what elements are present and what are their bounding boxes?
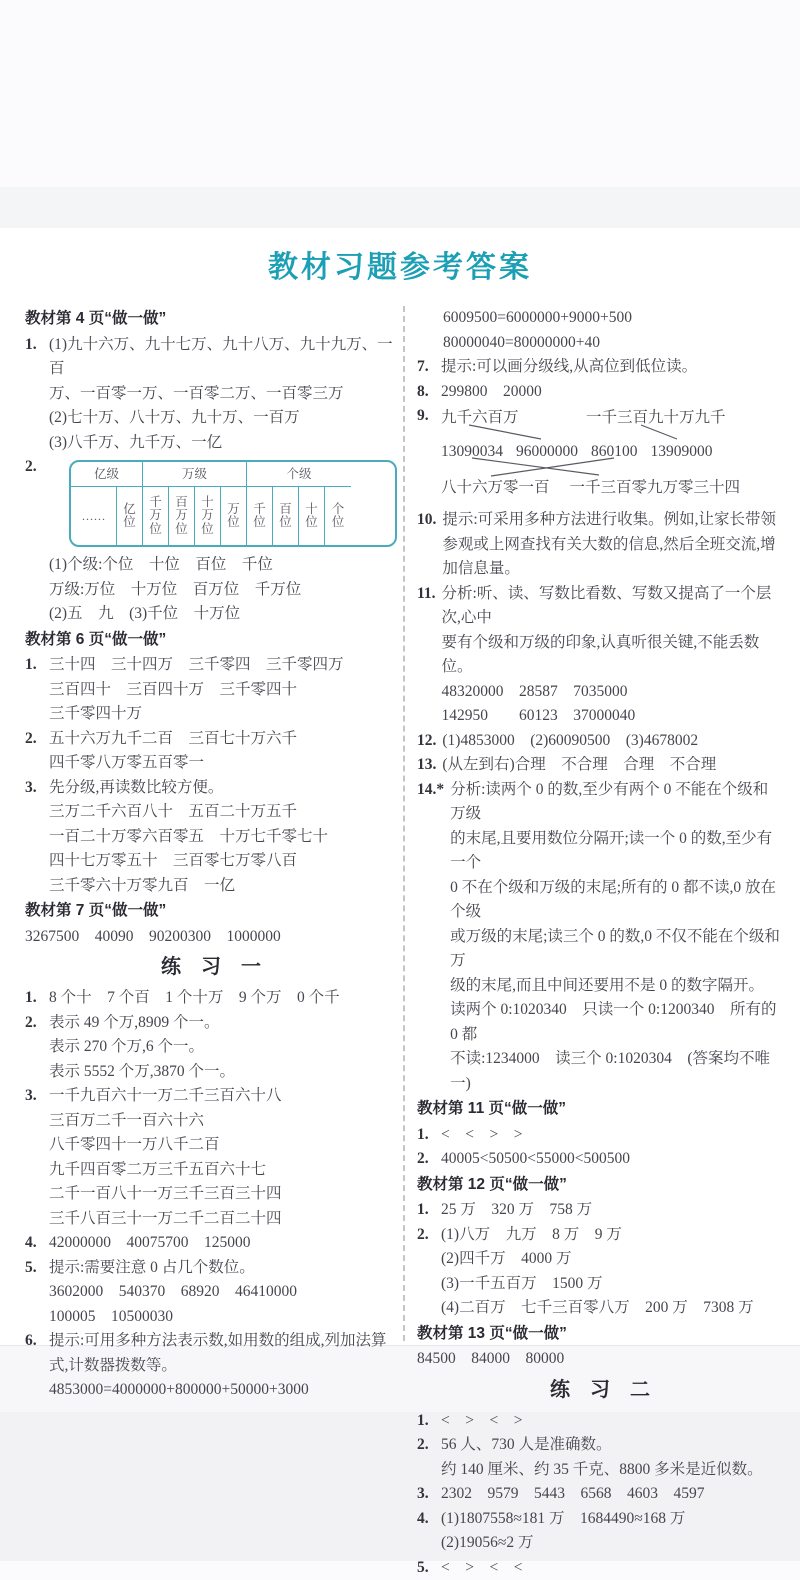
item-number: 3. [417, 1482, 435, 1507]
answer-line: 6009500=6000000+9000+500 [417, 306, 783, 331]
answer-item: 9. 九千六百万 一千三百九十万九千 13090034 96000000 860… [417, 404, 783, 508]
answer-line: 万、一百零一万、一百零二万、一百零三万 [49, 382, 397, 407]
table-header-yi-level: 亿级 [71, 462, 143, 487]
item-body: 42000000 40075700 125000 [49, 1231, 397, 1256]
item-number: 2. [417, 1147, 435, 1172]
scanned-answer-page: { "page": { "title": "教材习题参考答案", "accent… [0, 0, 800, 1561]
answer-line: (3)八千万、九千万、一亿 [49, 431, 397, 456]
answer-line: 100005 10500030 [49, 1305, 397, 1330]
item-number: 1. [25, 333, 43, 358]
item-number: 1. [25, 653, 43, 678]
item-number: 9. [417, 404, 435, 429]
place-label: 百万位 [175, 496, 189, 537]
answer-item: 2. 亿级 万级 个级 …… 亿位 千万位 百万位 十万位 万位 千位 百位 十… [25, 455, 397, 627]
answer-line: 40005<50500<55000<500500 [441, 1147, 783, 1172]
item-number: 6. [25, 1329, 43, 1354]
answer-line: < > < < [441, 1556, 783, 1580]
answer-line: (2)七十万、八十万、九十万、一百万 [49, 406, 397, 431]
section-heading: 教材第 13 页“做一做” [417, 1321, 783, 1348]
item-body: < < > > [441, 1123, 783, 1148]
item-number: 1. [25, 986, 43, 1011]
table-header-wan-level: 万级 [143, 462, 247, 487]
item-number: 1. [417, 1409, 435, 1434]
item-number: 10. [417, 508, 436, 533]
item-body: (1)1807558≈181 万 1684490≈168 万 (2)19056≈… [441, 1507, 783, 1556]
answer-line: 约 140 厘米、约 35 千克、8800 多米是近似数。 [441, 1458, 783, 1483]
answer-line: 八千零四十一万八千二百 [49, 1133, 397, 1158]
place-value-table: 亿级 万级 个级 …… 亿位 千万位 百万位 十万位 万位 千位 百位 十位 个… [69, 460, 397, 547]
item-number: 4. [25, 1231, 43, 1256]
item-body: 分析:读两个 0 的数,至少有两个 0 不能在个级和万级 的末尾,且要用数位分隔… [450, 778, 783, 1097]
answer-line: 3602000 540370 68920 46410000 [49, 1280, 397, 1305]
answer-line: 表示 49 个万,8909 个一。 [49, 1011, 397, 1036]
table-cell: 亿位 [117, 487, 143, 545]
answer-item: 6. 提示:可用多种方法表示数,如用数的组成,列加法算 式,计数器拨数等。 48… [25, 1329, 397, 1403]
item-body: 三十四 三十四万 三千零四 三千零四万 三百四十 三百四十万 三千零四十 三千零… [49, 653, 397, 727]
left-column: 教材第 4 页“做一做” 1. (1)九十六万、九十七万、九十八万、九十九万、一… [25, 306, 397, 1403]
item-number: 12. [417, 729, 436, 754]
answer-line: (1)个级:个位 十位 百位 千位 [49, 553, 397, 578]
section-heading: 教材第 7 页“做一做” [25, 898, 397, 925]
item-number: 3. [25, 776, 43, 801]
answer-line: 表示 5552 个万,3870 个一。 [49, 1060, 397, 1085]
answer-item: 2. 五十六万九千二百 三百七十万六千 四千零八万零五百零一 [25, 727, 397, 776]
table-cell-ellipsis: …… [71, 487, 117, 545]
item-number: 2. [25, 1011, 43, 1036]
answer-line: 0 不在个级和万级的末尾;所有的 0 都不读,0 放在个级 [450, 876, 783, 925]
item-body: (从左到右)合理 不合理 合理 不合理 [442, 753, 783, 778]
section-heading: 教材第 6 页“做一做” [25, 627, 397, 654]
answer-item: 5. < > < < [417, 1556, 783, 1580]
table-cell: 十位 [299, 487, 325, 545]
answer-line: 一千九百六十一万二千三百六十八 [49, 1084, 397, 1109]
answer-item: 10. 提示:可采用多种方法进行收集。例如,让家长带领 参观或上网查找有关大数的… [417, 508, 783, 582]
answer-item: 2. 56 人、730 人是准确数。 约 140 厘米、约 35 千克、8800… [417, 1433, 783, 1482]
answer-line: 五十六万九千二百 三百七十万六千 [49, 727, 397, 752]
answer-line: (2)四千万 4000 万 [441, 1247, 783, 1272]
answer-item: 1. 8 个十 7 个百 1 个十万 9 个万 0 个千 [25, 986, 397, 1011]
item-number: 3. [25, 1084, 43, 1109]
place-label: 个位 [331, 503, 345, 530]
answer-line: 一百二十万零六百零五 十万七千零七十 [49, 825, 397, 850]
answer-item: 2. 表示 49 个万,8909 个一。 表示 270 个万,6 个一。 表示 … [25, 1011, 397, 1085]
item-body: 表示 49 个万,8909 个一。 表示 270 个万,6 个一。 表示 555… [49, 1011, 397, 1085]
answer-line: 参观或上网查找有关大数的信息,然后全班交流,增 [442, 533, 783, 558]
answer-line: 二千一百八十一万三千三百三十四 [49, 1182, 397, 1207]
answer-item: 14.* 分析:读两个 0 的数,至少有两个 0 不能在个级和万级 的末尾,且要… [417, 778, 783, 1097]
item-body: (1)八万 九万 8 万 9 万 (2)四千万 4000 万 (3)一千五百万 … [441, 1223, 783, 1321]
answer-line: 分析:读两个 0 的数,至少有两个 0 不能在个级和万级 [450, 778, 783, 827]
exercise-heading: 练 习 一 [25, 949, 397, 986]
table-cell: 百位 [273, 487, 299, 545]
answer-item: 4. 42000000 40075700 125000 [25, 1231, 397, 1256]
item-number: 1. [417, 1123, 435, 1148]
answer-line: 142950 60123 37000040 [442, 704, 783, 729]
answer-line: 4853000=4000000+800000+50000+3000 [49, 1378, 397, 1403]
table-cell: 个位 [325, 487, 351, 545]
place-label: 万位 [227, 503, 241, 530]
answer-line: 299800 20000 [441, 380, 783, 405]
answer-line: 式,计数器拨数等。 [49, 1354, 397, 1379]
answer-line: < < > > [441, 1123, 783, 1148]
place-label: 亿位 [123, 503, 137, 530]
item-body: (1)九十六万、九十七万、九十八万、九十九万、一百 万、一百零一万、一百零二万、… [49, 333, 397, 456]
answer-line: 三十四 三十四万 三千零四 三千零四万 [49, 653, 397, 678]
item-number: 4. [417, 1507, 435, 1532]
answer-line: 四十七万零五十 三百零七万零八百 [49, 849, 397, 874]
table-cell: 万位 [221, 487, 247, 545]
answer-line: 3267500 40090 90200300 1000000 [25, 925, 397, 950]
item-body: 一千九百六十一万二千三百六十八 三百万二千一百六十六 八千零四十一万八千二百 九… [49, 1084, 397, 1231]
section-heading: 教材第 12 页“做一做” [417, 1172, 783, 1199]
table-cell: 百万位 [169, 487, 195, 545]
answer-item: 13. (从左到右)合理 不合理 合理 不合理 [417, 753, 783, 778]
answer-line: 2302 9579 5443 6568 4603 4597 [441, 1482, 783, 1507]
answer-item: 3. 一千九百六十一万二千三百六十八 三百万二千一百六十六 八千零四十一万八千二… [25, 1084, 397, 1231]
answer-item: 1. < < > > [417, 1123, 783, 1148]
chinese-number-label: 一千三百零九万零三十四 [570, 476, 741, 501]
answer-item: 1. < > < > [417, 1409, 783, 1434]
item-body: 56 人、730 人是准确数。 约 140 厘米、约 35 千克、8800 多米… [441, 1433, 783, 1482]
answer-line: 或万级的末尾;读三个 0 的数,0 不仅不能在个级和万 [450, 925, 783, 974]
answer-line: (4)二百万 七千三百零八万 200 万 7308 万 [441, 1296, 783, 1321]
item-number: 14.* [417, 778, 444, 803]
item-number: 2. [25, 727, 43, 752]
answer-item: 2. 40005<50500<55000<500500 [417, 1147, 783, 1172]
item-body: < > < > [441, 1409, 783, 1434]
place-label: 千万位 [149, 496, 163, 537]
answer-item: 3. 2302 9579 5443 6568 4603 4597 [417, 1482, 783, 1507]
answer-line: (1)九十六万、九十七万、九十八万、九十九万、一百 [49, 333, 397, 382]
page-title: 教材习题参考答案 [0, 242, 800, 286]
answer-item: 12. (1)4853000 (2)60090500 (3)4678002 [417, 729, 783, 754]
answer-item: 1. (1)九十六万、九十七万、九十八万、九十九万、一百 万、一百零一万、一百零… [25, 333, 397, 456]
answer-item: 11. 分析:听、读、写数比看数、写数又提高了一个层次,心中 要有个级和万级的印… [417, 582, 783, 729]
numeral: 860100 [591, 440, 638, 465]
numeral: 96000000 [516, 440, 578, 465]
item-body: 提示:可采用多种方法进行收集。例如,让家长带领 参观或上网查找有关大数的信息,然… [442, 508, 783, 582]
answer-item: 1. 25 万 320 万 758 万 [417, 1198, 783, 1223]
chinese-number-label: 一千三百九十万九千 [586, 406, 726, 431]
item-body: < > < < [441, 1556, 783, 1580]
item-number: 5. [417, 1556, 435, 1580]
answer-line: (1)八万 九万 8 万 9 万 [441, 1223, 783, 1248]
answer-line: 加信息量。 [442, 557, 783, 582]
item-body: 2302 9579 5443 6568 4603 4597 [441, 1482, 783, 1507]
answer-line: 的末尾,且要用数位分隔开;读一个 0 的数,至少有一个 [450, 827, 783, 876]
item-body: 提示:需要注意 0 占几个数位。 3602000 540370 68920 46… [49, 1256, 397, 1330]
item-number: 11. [417, 582, 436, 607]
place-label: 十万位 [201, 496, 215, 537]
place-label: 百位 [279, 503, 293, 530]
column-divider [403, 306, 405, 1341]
answer-line: (1)4853000 (2)60090500 (3)4678002 [442, 729, 783, 754]
answer-item: 5. 提示:需要注意 0 占几个数位。 3602000 540370 68920… [25, 1256, 397, 1330]
answer-line: 25 万 320 万 758 万 [441, 1198, 783, 1223]
numeral-row: 13090034 96000000 860100 13909000 [441, 440, 713, 465]
answer-item: 4. (1)1807558≈181 万 1684490≈168 万 (2)190… [417, 1507, 783, 1556]
answer-line: 提示:可采用多种方法进行收集。例如,让家长带领 [442, 508, 783, 533]
answer-line: 提示:需要注意 0 占几个数位。 [49, 1256, 397, 1281]
number-matching-diagram: 九千六百万 一千三百九十万九千 13090034 96000000 860100… [441, 406, 783, 508]
chinese-number-label: 八十六万零一百 [441, 476, 550, 501]
answer-line: 84500 84000 80000 [417, 1347, 783, 1372]
table-cell: 十万位 [195, 487, 221, 545]
answer-line: 四千零八万零五百零一 [49, 751, 397, 776]
answer-line: 三千零六十万零九百 一亿 [49, 874, 397, 899]
answer-line: 提示:可以画分级线,从高位到低位读。 [441, 355, 783, 380]
place-label: 千位 [253, 503, 267, 530]
answer-line: 48320000 28587 7035000 [442, 680, 783, 705]
answer-line: (2)五 九 (3)千位 十万位 [49, 602, 397, 627]
answer-line: 三千零四十万 [49, 702, 397, 727]
answer-line: 42000000 40075700 125000 [49, 1231, 397, 1256]
answer-line: 三百万二千一百六十六 [49, 1109, 397, 1134]
answer-line: 三千八百三十一万二千二百二十四 [49, 1207, 397, 1232]
item-body: 299800 20000 [441, 380, 783, 405]
item-body: 40005<50500<55000<500500 [441, 1147, 783, 1172]
table-cell: 千万位 [143, 487, 169, 545]
answer-item: 8. 299800 20000 [417, 380, 783, 405]
answer-page-sheet: 教材习题参考答案 教材第 4 页“做一做” 1. (1)九十六万、九十七万、九十… [0, 228, 800, 1345]
numeral: 13090034 [441, 440, 503, 465]
item-number: 7. [417, 355, 435, 380]
answer-line: 8 个十 7 个百 1 个十万 9 个万 0 个千 [49, 986, 397, 1011]
top-gray-band [0, 187, 800, 228]
answer-line: 三百四十 三百四十万 三千零四十 [49, 678, 397, 703]
answer-item: 2. (1)八万 九万 8 万 9 万 (2)四千万 4000 万 (3)一千五… [417, 1223, 783, 1321]
answer-line: 不读:1234000 读三个 0:1020304 (答案均不唯一) [450, 1047, 783, 1096]
item-body: 提示:可用多种方法表示数,如用数的组成,列加法算 式,计数器拨数等。 48530… [49, 1329, 397, 1403]
item-number: 5. [25, 1256, 43, 1281]
item-number: 2. [25, 455, 43, 480]
answer-line: 80000040=80000000+40 [417, 331, 783, 356]
answer-line: 表示 270 个万,6 个一。 [49, 1035, 397, 1060]
answer-line: 万级:万位 十万位 百万位 千万位 [49, 578, 397, 603]
item-body: 提示:可以画分级线,从高位到低位读。 [441, 355, 783, 380]
item-body: 亿级 万级 个级 …… 亿位 千万位 百万位 十万位 万位 千位 百位 十位 个… [49, 455, 397, 627]
place-label: 十位 [305, 503, 319, 530]
answer-line: (从左到右)合理 不合理 合理 不合理 [442, 753, 783, 778]
item-body: 五十六万九千二百 三百七十万六千 四千零八万零五百零一 [49, 727, 397, 776]
item-body: 25 万 320 万 758 万 [441, 1198, 783, 1223]
right-column: 6009500=6000000+9000+500 80000040=800000… [417, 306, 783, 1580]
item-number: 2. [417, 1223, 435, 1248]
item-number: 13. [417, 753, 436, 778]
answer-line: (2)19056≈2 万 [441, 1531, 783, 1556]
answer-line: (1)1807558≈181 万 1684490≈168 万 [441, 1507, 783, 1532]
item-body: 8 个十 7 个百 1 个十万 9 个万 0 个千 [49, 986, 397, 1011]
chinese-number-row: 八十六万零一百 一千三百零九万零三十四 [441, 476, 740, 501]
answer-line: 分析:听、读、写数比看数、写数又提高了一个层次,心中 [442, 582, 783, 631]
answer-line: 读两个 0:1020340 只读一个 0:1200340 所有的 0 都 [450, 998, 783, 1047]
answer-item: 3. 先分级,再读数比较方便。 三万二千六百八十 五百二十万五千 一百二十万零六… [25, 776, 397, 899]
answer-line: 九千四百零二万三千五百六十七 [49, 1158, 397, 1183]
item-body: 分析:听、读、写数比看数、写数又提高了一个层次,心中 要有个级和万级的印象,认真… [442, 582, 783, 729]
answer-item: 1. 三十四 三十四万 三千零四 三千零四万 三百四十 三百四十万 三千零四十 … [25, 653, 397, 727]
item-number: 1. [417, 1198, 435, 1223]
answer-line: 要有个级和万级的印象,认真听很关键,不能丢数位。 [442, 631, 783, 680]
exercise-heading: 练 习 二 [417, 1372, 783, 1409]
item-body: (1)4853000 (2)60090500 (3)4678002 [442, 729, 783, 754]
answer-line: 三万二千六百八十 五百二十万五千 [49, 800, 397, 825]
section-heading: 教材第 11 页“做一做” [417, 1096, 783, 1123]
answer-line: < > < > [441, 1409, 783, 1434]
answer-line: 提示:可用多种方法表示数,如用数的组成,列加法算 [49, 1329, 397, 1354]
answer-line: 级的末尾,而且中间还要用不是 0 的数字隔开。 [450, 974, 783, 999]
numeral: 13909000 [651, 440, 713, 465]
item-number: 2. [417, 1433, 435, 1458]
section-heading: 教材第 4 页“做一做” [25, 306, 397, 333]
answer-item: 7. 提示:可以画分级线,从高位到低位读。 [417, 355, 783, 380]
answer-line: 56 人、730 人是准确数。 [441, 1433, 783, 1458]
chinese-number-label: 九千六百万 [441, 406, 519, 431]
table-cell: 千位 [247, 487, 273, 545]
table-header-ge-level: 个级 [247, 462, 351, 487]
item-number: 8. [417, 380, 435, 405]
item-body: 先分级,再读数比较方便。 三万二千六百八十 五百二十万五千 一百二十万零六百零五… [49, 776, 397, 899]
item-body: 九千六百万 一千三百九十万九千 13090034 96000000 860100… [441, 404, 783, 508]
answer-line: 先分级,再读数比较方便。 [49, 776, 397, 801]
answer-line: (3)一千五百万 1500 万 [441, 1272, 783, 1297]
